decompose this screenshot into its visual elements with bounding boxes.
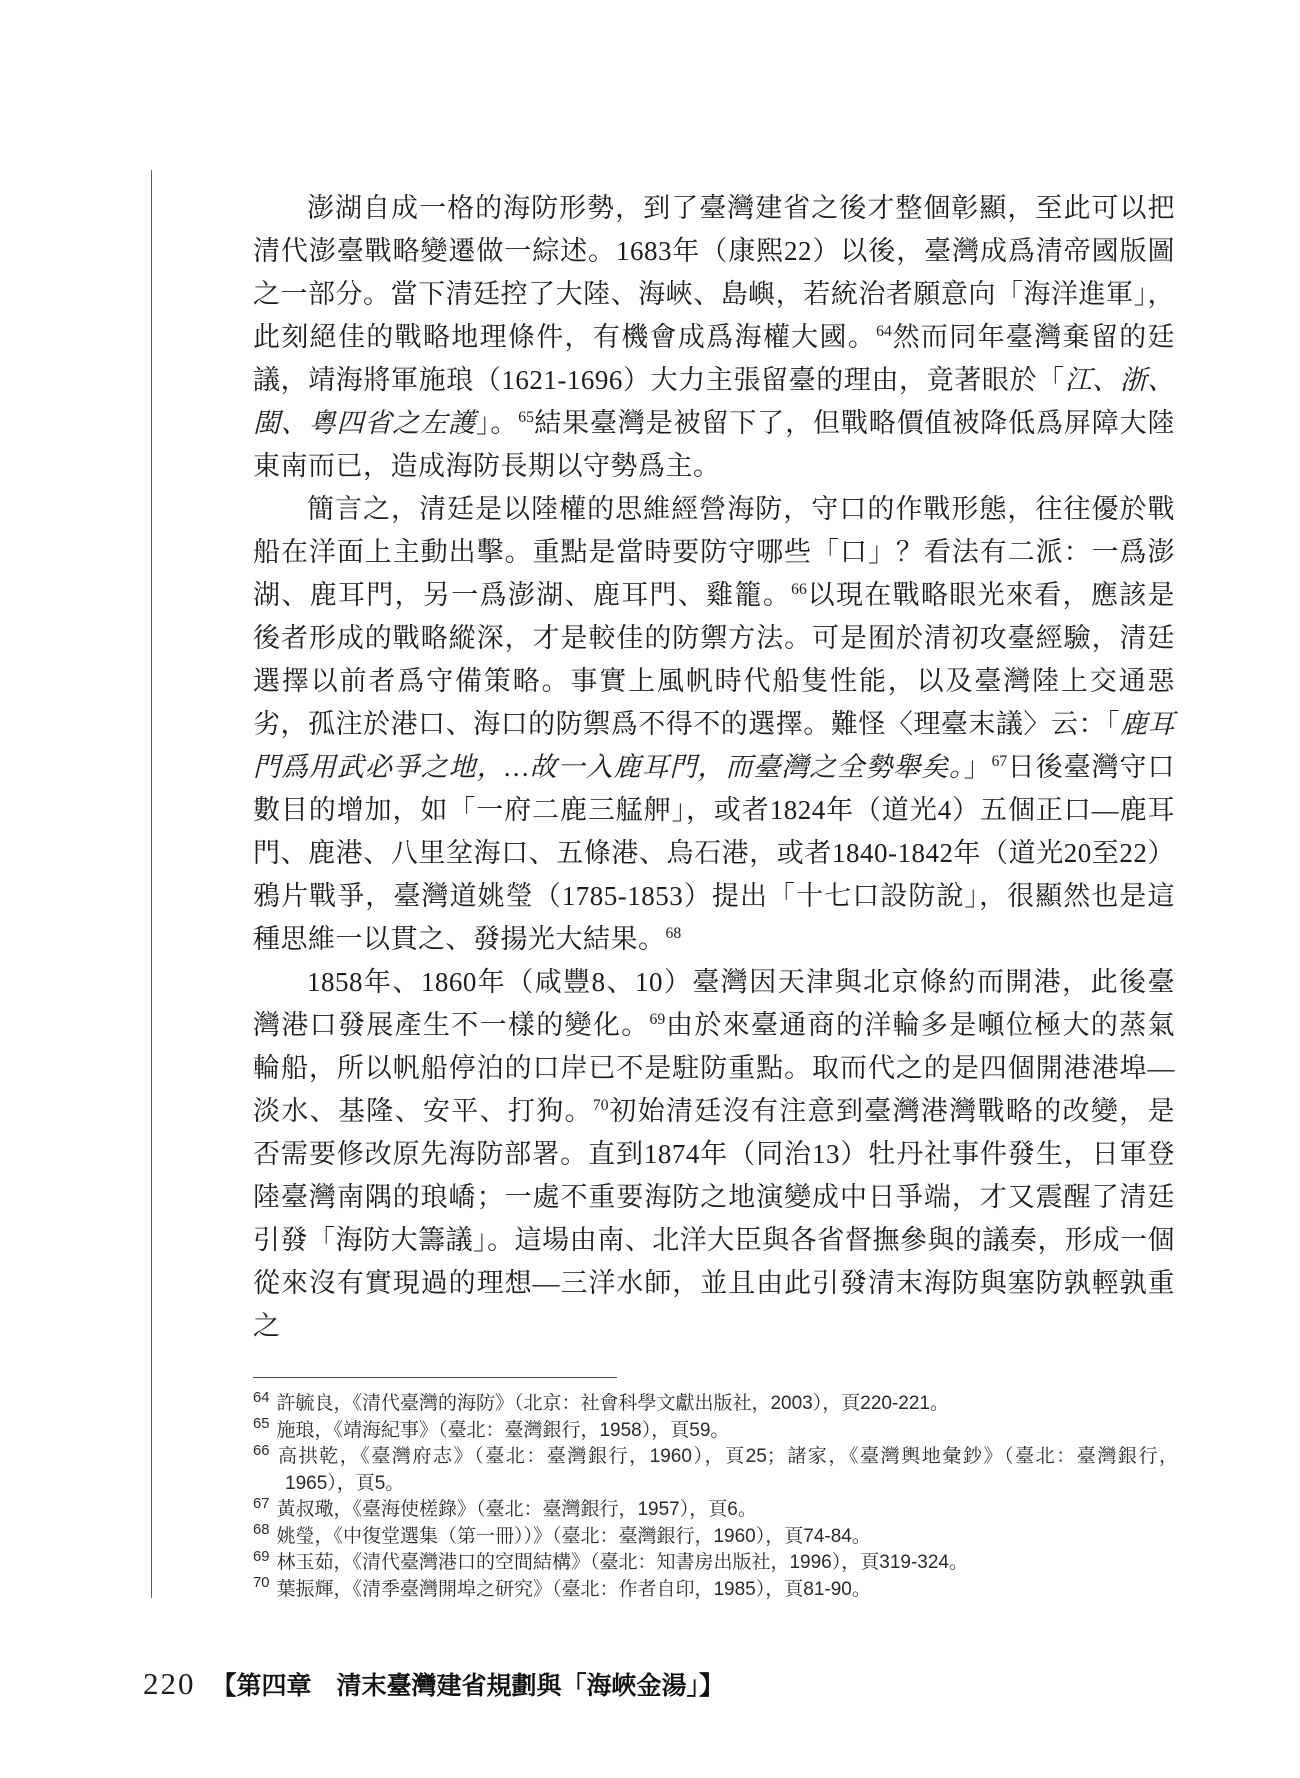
footnote-text: 林玉茹，《清代臺灣港口的空間結構》（臺北：知書房出版社，1996），頁319-3… xyxy=(276,1552,968,1573)
footnote-text: 高拱乾，《臺灣府志》（臺北：臺灣銀行，1960），頁25；諸家，《臺灣輿地彙鈔》… xyxy=(276,1446,1178,1494)
footnote-ref: 70 xyxy=(593,1097,609,1114)
footnote: 70葉振輝，《清季臺灣開埠之研究》（臺北：作者自印，1985），頁81-90。 xyxy=(253,1577,1178,1604)
text-run: 初始清廷沒有注意到臺灣港灣戰略的改變，是否需要修改原先海防部署。直到1874年（… xyxy=(253,1096,1175,1341)
footnote-text: 許毓良，《清代臺灣的海防》（北京：社會科學文獻出版社，2003），頁220-22… xyxy=(276,1393,949,1414)
footnote: 66高拱乾，《臺灣府志》（臺北：臺灣銀行，1960），頁25；諸家，《臺灣輿地彙… xyxy=(253,1444,1178,1497)
footnote-number: 68 xyxy=(253,1522,276,1538)
footnote-number: 66 xyxy=(253,1443,276,1459)
chapter-title: 【第四章 清末臺灣建省規劃與「海峽金湯」】 xyxy=(212,1673,725,1700)
page-footer: 220【第四章 清末臺灣建省規劃與「海峽金湯」】 xyxy=(143,1666,724,1702)
footnote-text: 施琅，《靖海紀事》（臺北：臺灣銀行，1958），頁59。 xyxy=(276,1420,729,1441)
footnote-number: 70 xyxy=(253,1575,276,1591)
footnote: 64許毓良，《清代臺灣的海防》（北京：社會科學文獻出版社，2003），頁220-… xyxy=(253,1391,1178,1418)
footnote-ref: 64 xyxy=(876,323,892,340)
footnotes-section: 64許毓良，《清代臺灣的海防》（北京：社會科學文獻出版社，2003），頁220-… xyxy=(253,1391,1178,1603)
paragraph: 澎湖自成一格的海防形勢，到了臺灣建省之後才整個彰顯，至此可以把清代澎臺戰略變遷做… xyxy=(253,187,1175,488)
text-run: 」 xyxy=(964,752,992,782)
footnote: 69林玉茹，《清代臺灣港口的空間結構》（臺北：知書房出版社，1996），頁319… xyxy=(253,1550,1178,1577)
footnote-number: 64 xyxy=(253,1390,276,1406)
footnote-ref: 67 xyxy=(992,753,1008,770)
body-text: 澎湖自成一格的海防形勢，到了臺灣建省之後才整個彰顯，至此可以把清代澎臺戰略變遷做… xyxy=(253,187,1175,1348)
footnote-ref: 68 xyxy=(666,925,682,942)
paragraph: 1858年、1860年（咸豐8、10）臺灣因天津與北京條約而開港，此後臺灣港口發… xyxy=(253,961,1175,1348)
footnote-number: 67 xyxy=(253,1496,276,1512)
footnote-separator xyxy=(253,1377,617,1378)
footnote-ref: 69 xyxy=(650,1011,666,1028)
text-run: 日後臺灣守口數目的增加，如「一府二鹿三艋舺」，或者1824年（道光4）五個正口—… xyxy=(253,752,1175,954)
page-number: 220 xyxy=(143,1666,196,1701)
footnote-text: 姚瑩，《中復堂選集（第一冊））》（臺北：臺灣銀行，1960），頁74-84。 xyxy=(276,1526,870,1547)
text-run: 」。 xyxy=(476,408,518,438)
book-page: 澎湖自成一格的海防形勢，到了臺灣建省之後才整個彰顯，至此可以把清代澎臺戰略變遷做… xyxy=(0,0,1300,1778)
footnote-number: 65 xyxy=(253,1416,276,1432)
footnote-ref: 65 xyxy=(518,409,534,426)
footnote: 67黃叔璥，《臺海使槎錄》（臺北：臺灣銀行，1957），頁6。 xyxy=(253,1497,1178,1524)
footnote-ref: 66 xyxy=(791,581,807,598)
paragraph: 簡言之，清廷是以陸權的思維經營海防，守口的作戰形態，往往優於戰船在洋面上主動出擊… xyxy=(253,488,1175,961)
left-margin-rule xyxy=(151,170,152,1598)
footnote: 68姚瑩，《中復堂選集（第一冊））》（臺北：臺灣銀行，1960），頁74-84。 xyxy=(253,1524,1178,1551)
footnote-number: 69 xyxy=(253,1549,276,1565)
footnote-text: 葉振輝，《清季臺灣開埠之研究》（臺北：作者自印，1985），頁81-90。 xyxy=(276,1579,870,1600)
footnote: 65施琅，《靖海紀事》（臺北：臺灣銀行，1958），頁59。 xyxy=(253,1418,1178,1445)
footnote-text: 黃叔璥，《臺海使槎錄》（臺北：臺灣銀行，1957），頁6。 xyxy=(276,1499,756,1520)
